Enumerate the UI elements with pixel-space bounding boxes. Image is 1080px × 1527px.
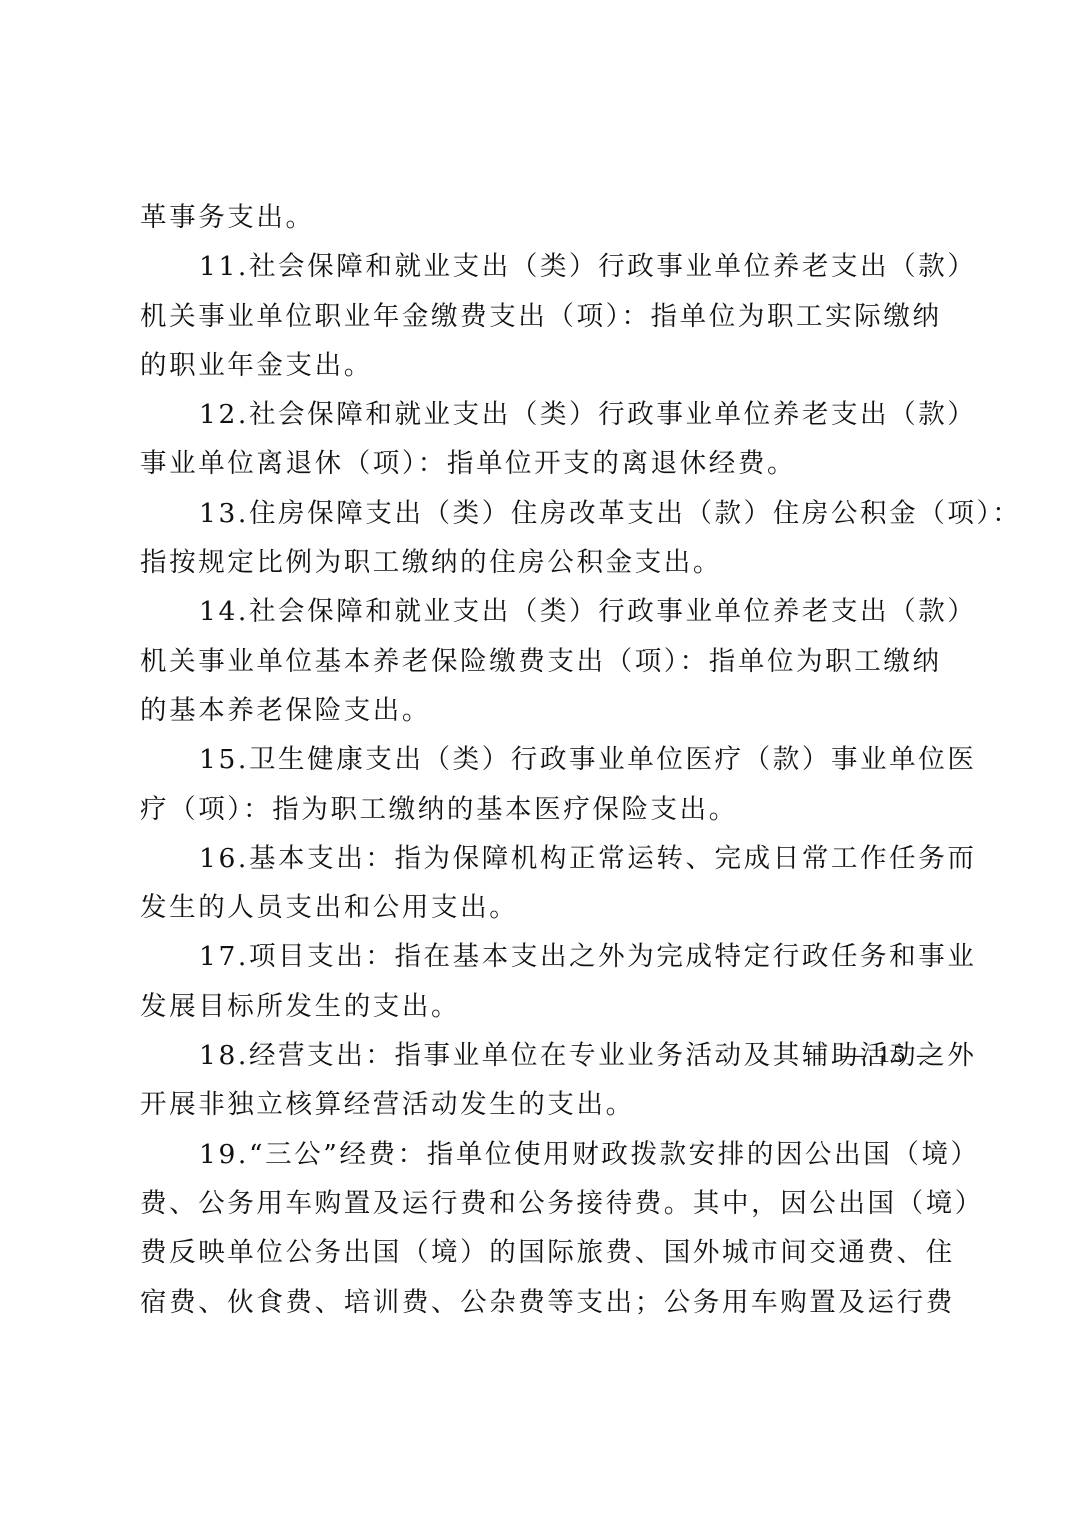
text-line: 宿费、伙食费、培训费、公杂费等支出；公务用车购置及运行费: [140, 1278, 940, 1327]
text-line: 16.基本支出：指为保障机构正常运转、完成日常工作任务而: [140, 834, 940, 883]
text-line: 14.社会保障和就业支出（类）行政事业单位养老支出（款）: [140, 587, 940, 636]
document-body: 革事务支出。 11.社会保障和就业支出（类）行政事业单位养老支出（款） 机关事业…: [140, 193, 940, 1327]
text-line: 12.社会保障和就业支出（类）行政事业单位养老支出（款）: [140, 390, 940, 439]
text-line: 机关事业单位职业年金缴费支出（项）：指单位为职工实际缴纳: [140, 292, 940, 341]
text-line: 发展目标所发生的支出。: [140, 982, 940, 1031]
text-line: 指按规定比例为职工缴纳的住房公积金支出。: [140, 538, 940, 587]
text-line: 事业单位离退休（项）：指单位开支的离退休经费。: [140, 439, 940, 488]
text-line: 费、公务用车购置及运行费和公务接待费。其中，因公出国（境）: [140, 1179, 940, 1228]
text-line: 疗（项）：指为职工缴纳的基本医疗保险支出。: [140, 785, 940, 834]
text-line: 费反映单位公务出国（境）的国际旅费、国外城市间交通费、住: [140, 1228, 940, 1277]
text-line: 的基本养老保险支出。: [140, 686, 940, 735]
text-line: 17.项目支出：指在基本支出之外为完成特定行政任务和事业: [140, 932, 940, 981]
text-line: 15.卫生健康支出（类）行政事业单位医疗（款）事业单位医: [140, 735, 940, 784]
text-line: 的职业年金支出。: [140, 341, 940, 390]
text-line: 11.社会保障和就业支出（类）行政事业单位养老支出（款）: [140, 242, 940, 291]
text-line: 18.经营支出：指事业单位在专业业务活动及其辅助活动之外: [140, 1031, 940, 1080]
text-line: 13.住房保障支出（类）住房改革支出（款）住房公积金（项）：: [140, 489, 940, 538]
text-line: 发生的人员支出和公用支出。: [140, 883, 940, 932]
text-line: 19.“三公”经费：指单位使用财政拨款安排的因公出国（境）: [140, 1130, 940, 1179]
page-number: — 15 —: [842, 1042, 944, 1069]
text-line: 革事务支出。: [140, 193, 940, 242]
text-line: 机关事业单位基本养老保险缴费支出（项）：指单位为职工缴纳: [140, 637, 940, 686]
text-line: 开展非独立核算经营活动发生的支出。: [140, 1080, 940, 1129]
